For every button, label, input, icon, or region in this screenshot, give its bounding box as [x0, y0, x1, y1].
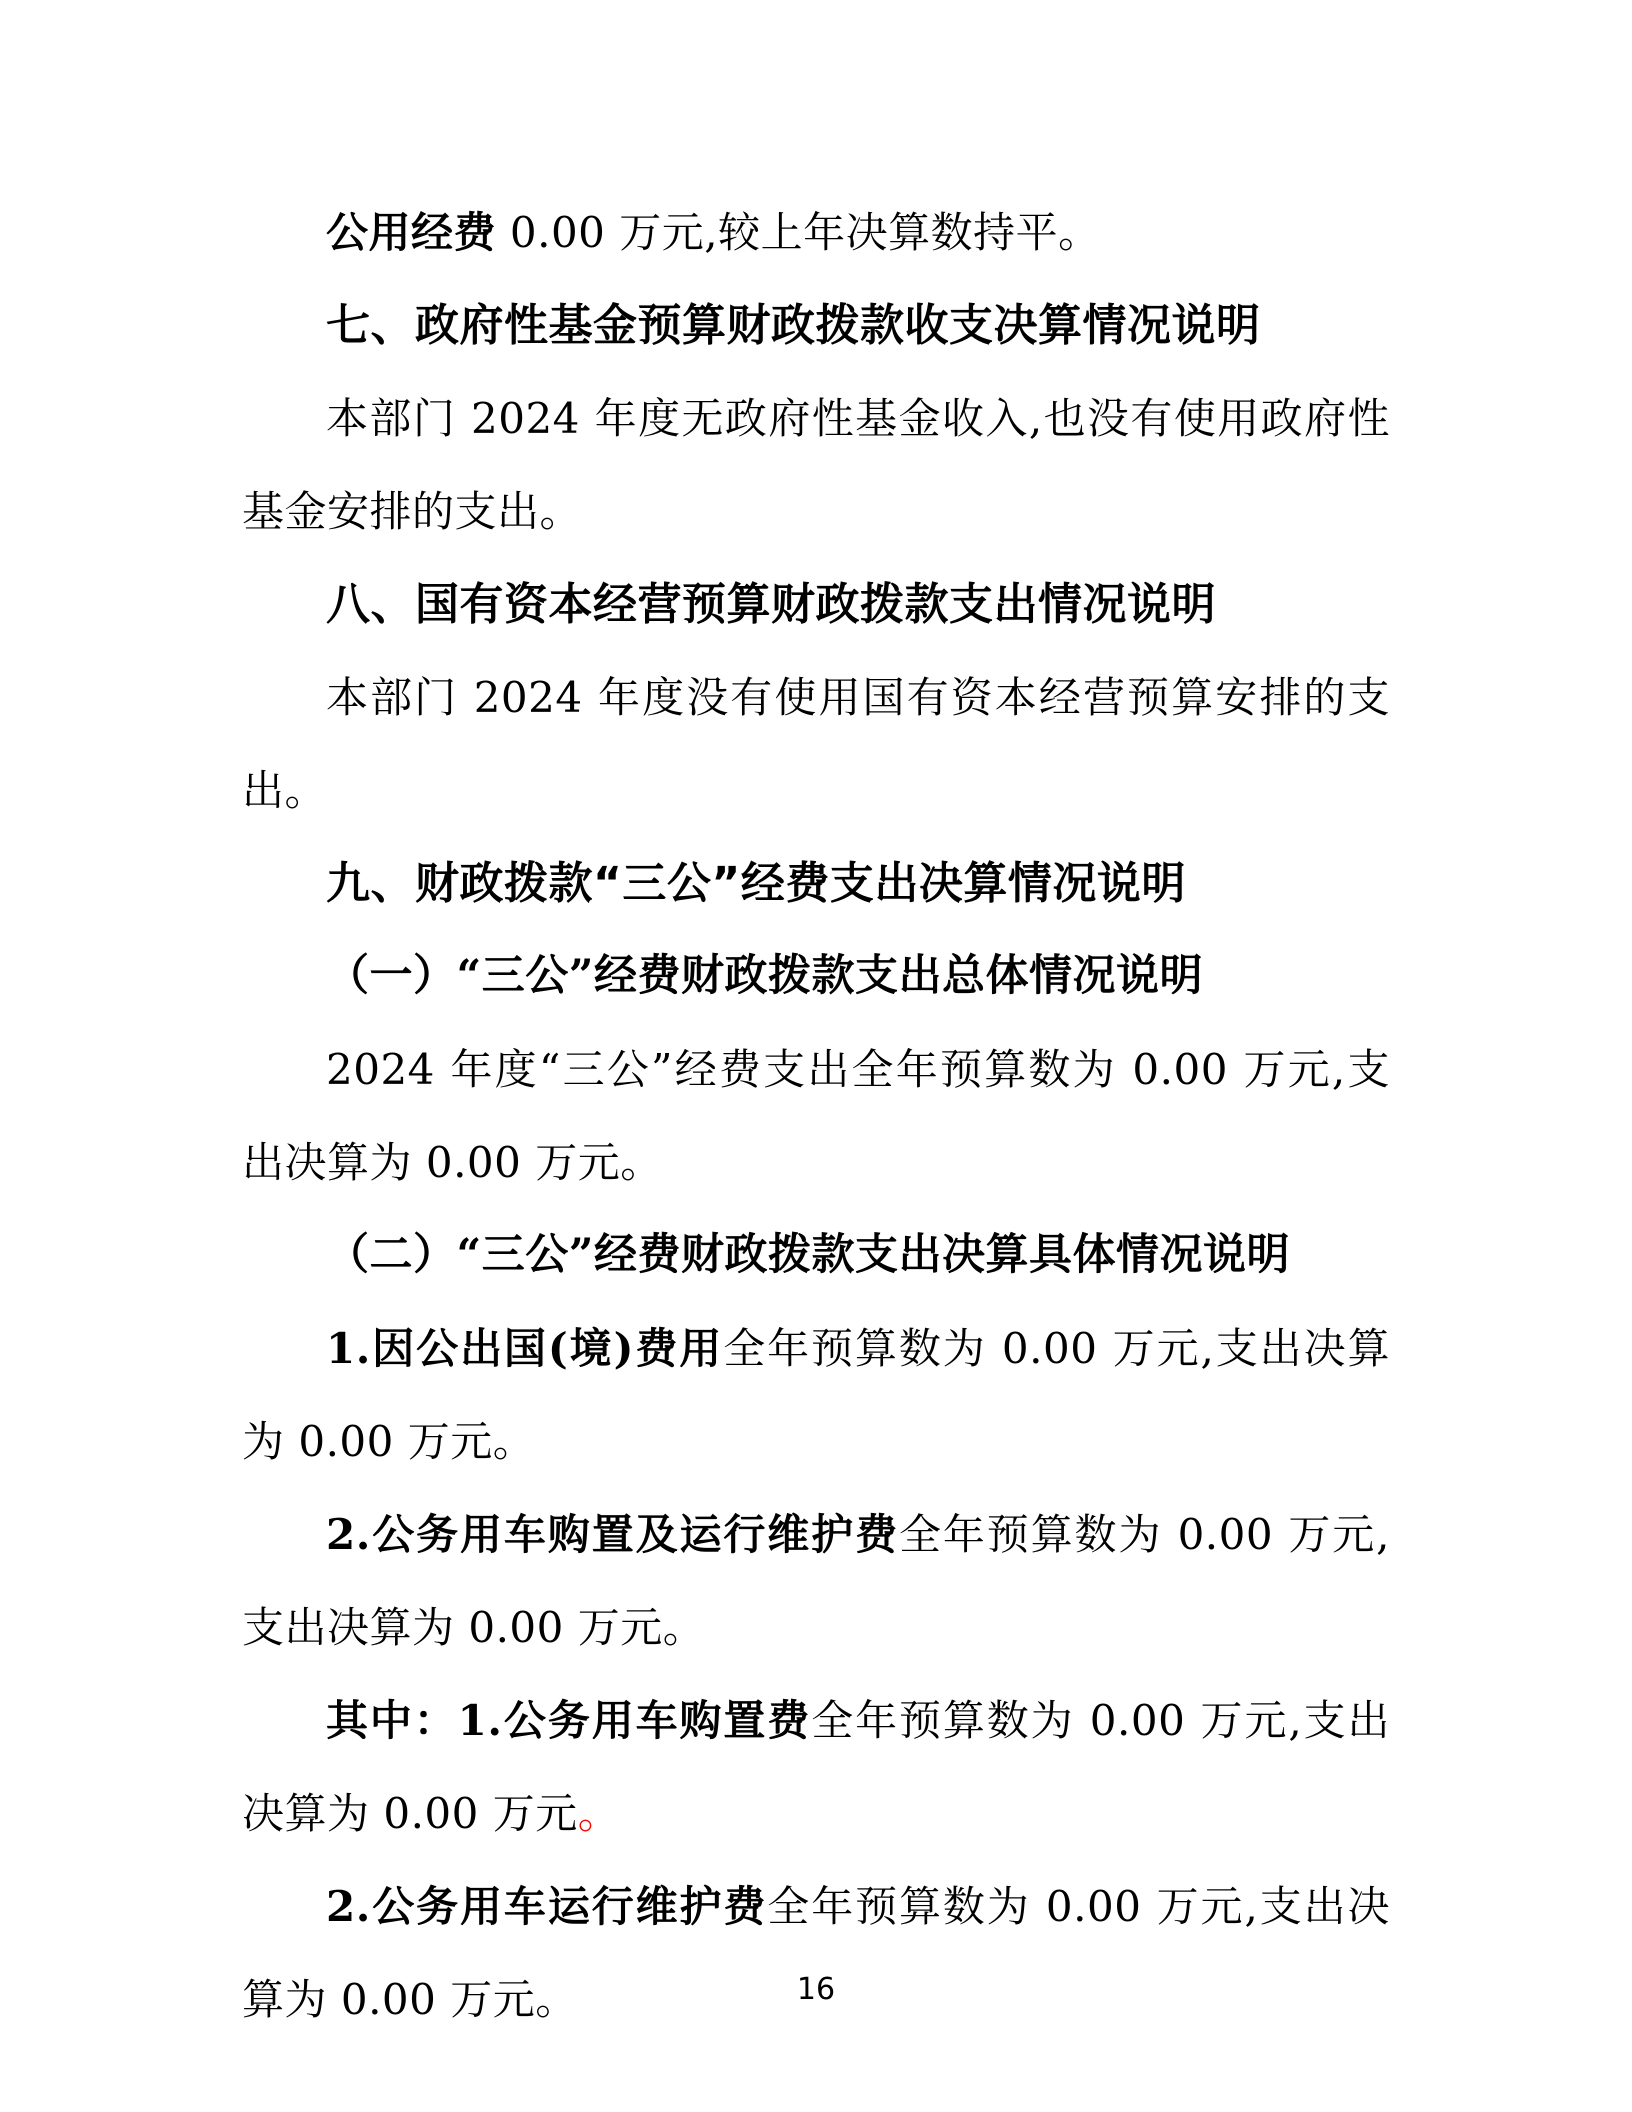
text-run: 八、国有资本经营预算财政拨款支出情况说明 [326, 579, 1216, 630]
text-run: 本部门 2024 年度没有使用国有资本经营预算安排的支出。 [242, 673, 1390, 815]
paragraph: 其中：1.公务用车购置费全年预算数为 0.00 万元,支出决算为 0.00 万元… [242, 1674, 1390, 1860]
red-text-run: 。 [578, 1789, 621, 1838]
paragraph: 2024 年度“三公”经费支出全年预算数为 0.00 万元,支出决算为 0.00… [242, 1023, 1390, 1209]
section-heading: 七、政府性基金预算财政拨款收支决算情况说明 [242, 279, 1390, 372]
section-heading: （二）“三公”经费财政拨款支出决算具体情况说明 [242, 1209, 1390, 1302]
text-run: 九、财政拨款“三公”经费支出决算情况说明 [326, 858, 1186, 909]
section-heading: （一）“三公”经费财政拨款支出总体情况说明 [242, 930, 1390, 1023]
text-run: 七、政府性基金预算财政拨款收支决算情况说明 [326, 300, 1261, 351]
text-run: 1.因公出国(境)费用 [326, 1324, 723, 1373]
paragraph: 本部门 2024 年度无政府性基金收入,也没有使用政府性基金安排的支出。 [242, 372, 1390, 558]
paragraph: 1.因公出国(境)费用全年预算数为 0.00 万元,支出决算为 0.00 万元。 [242, 1302, 1390, 1488]
text-run: 2024 年度“三公”经费支出全年预算数为 0.00 万元,支出决算为 0.00… [242, 1045, 1390, 1187]
section-heading: 九、财政拨款“三公”经费支出决算情况说明 [242, 837, 1390, 930]
text-run: 其中：1.公务用车购置费 [326, 1696, 811, 1745]
text-run: 0.00 万元,较上年决算数持平。 [496, 208, 1101, 257]
document-body: 公用经费 0.00 万元,较上年决算数持平。七、政府性基金预算财政拨款收支决算情… [0, 0, 1632, 2046]
text-run: 2.公务用车运行维护费 [326, 1882, 767, 1931]
paragraph: 2.公务用车购置及运行维护费全年预算数为 0.00 万元,支出决算为 0.00 … [242, 1488, 1390, 1674]
section-heading: 八、国有资本经营预算财政拨款支出情况说明 [242, 558, 1390, 651]
paragraph: 本部门 2024 年度没有使用国有资本经营预算安排的支出。 [242, 651, 1390, 837]
text-run: （一）“三公”经费财政拨款支出总体情况说明 [326, 951, 1203, 1001]
text-run: 公用经费 [326, 208, 496, 257]
paragraph: 2.公务用车运行维护费全年预算数为 0.00 万元,支出决算为 0.00 万元。 [242, 1860, 1390, 2046]
text-run: （二）“三公”经费财政拨款支出决算具体情况说明 [326, 1230, 1290, 1280]
text-run: 2.公务用车购置及运行维护费 [326, 1510, 899, 1559]
paragraph: 公用经费 0.00 万元,较上年决算数持平。 [242, 186, 1390, 279]
page-number: 16 [0, 1972, 1632, 2008]
text-run: 本部门 2024 年度无政府性基金收入,也没有使用政府性基金安排的支出。 [242, 394, 1390, 536]
document-page: 公用经费 0.00 万元,较上年决算数持平。七、政府性基金预算财政拨款收支决算情… [0, 0, 1632, 2112]
